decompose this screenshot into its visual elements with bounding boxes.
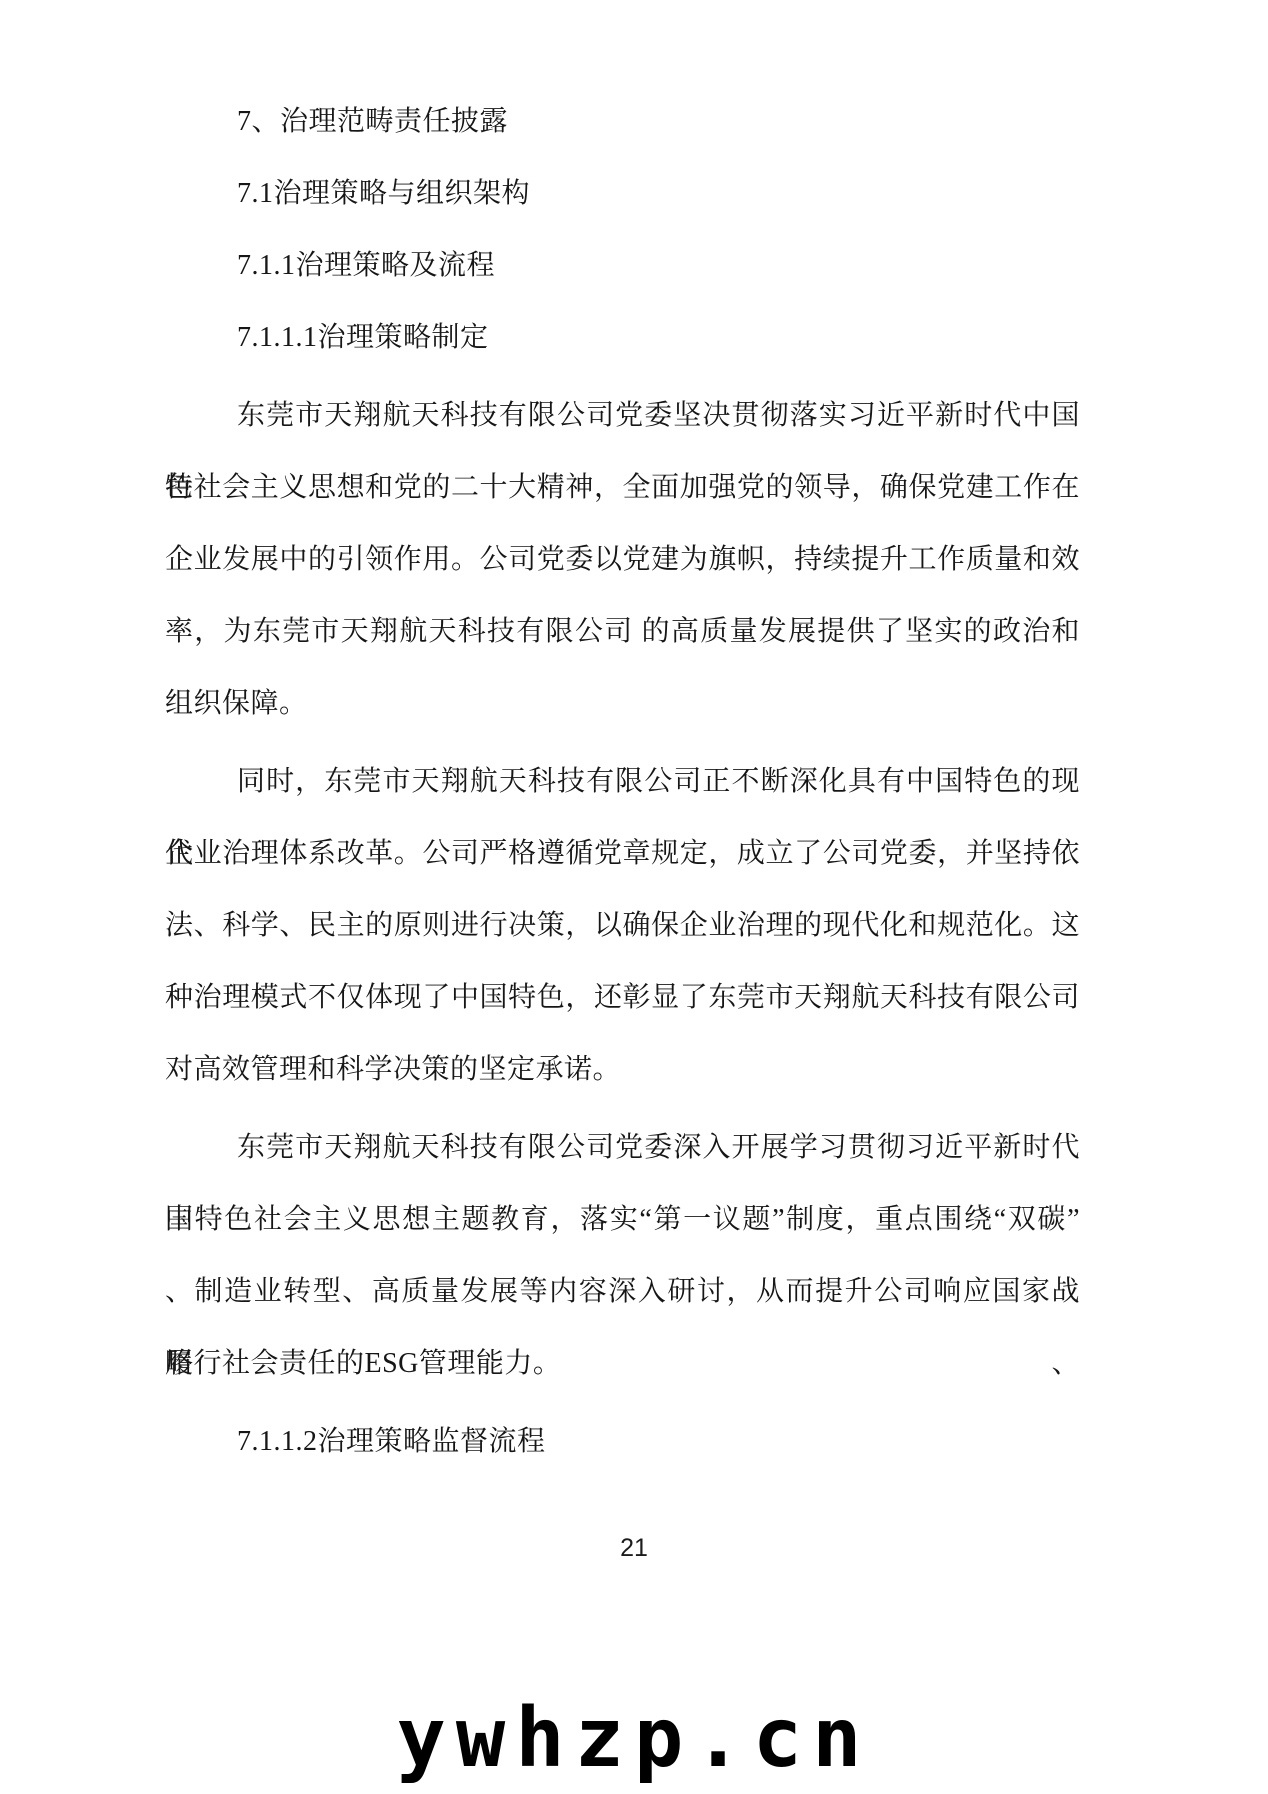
paragraph-line: 企业发展中的引领作用。公司党委以党建为旗帜，持续提升工作质量和效 (165, 524, 1080, 596)
paragraph-line: 种治理模式不仅体现了中国特色，还彰显了东莞市天翔航天科技有限公司 (165, 962, 1080, 1034)
heading-7-1-1: 7.1.1治理策略及流程 (165, 230, 1080, 302)
paragraph-line: 东莞市天翔航天科技有限公司党委深入开展学习贯彻习近平新时代中 (165, 1112, 1080, 1184)
paragraph-line: 对高效管理和科学决策的坚定承诺。 (165, 1034, 1080, 1106)
site-watermark: ywhzp.cn (0, 1694, 1268, 1784)
heading-7-1: 7.1治理策略与组织架构 (165, 158, 1080, 230)
paragraph-2: 同时，东莞市天翔航天科技有限公司正不断深化具有中国特色的现代 企业治理体系改革。… (165, 746, 1080, 1106)
paragraph-line: 东莞市天翔航天科技有限公司党委坚决贯彻落实习近平新时代中国特 (165, 380, 1080, 452)
paragraph-line: 、制造业转型、高质量发展等内容深入研讨，从而提升公司响应国家战略、 (165, 1256, 1080, 1328)
paragraph-line: 同时，东莞市天翔航天科技有限公司正不断深化具有中国特色的现代 (165, 746, 1080, 818)
paragraph-line: 色社会主义思想和党的二十大精神，全面加强党的领导，确保党建工作在 (165, 452, 1080, 524)
paragraph-line: 组织保障。 (165, 668, 1080, 740)
document-body: 7、治理范畴责任披露 7.1治理策略与组织架构 7.1.1治理策略及流程 7.1… (165, 86, 1080, 1478)
heading-7-1-1-1: 7.1.1.1治理策略制定 (165, 302, 1080, 374)
paragraph-3: 东莞市天翔航天科技有限公司党委深入开展学习贯彻习近平新时代中 国特色社会主义思想… (165, 1112, 1080, 1400)
paragraph-line: 国特色社会主义思想主题教育，落实“第一议题”制度，重点围绕“双碳” (165, 1184, 1080, 1256)
page-number: 21 (0, 1533, 1268, 1563)
paragraph-line: 率，为东莞市天翔航天科技有限公司 的高质量发展提供了坚实的政治和 (165, 596, 1080, 668)
document-page: 7、治理范畴责任披露 7.1治理策略与组织架构 7.1.1治理策略及流程 7.1… (0, 0, 1268, 1794)
paragraph-1: 东莞市天翔航天科技有限公司党委坚决贯彻落实习近平新时代中国特 色社会主义思想和党… (165, 380, 1080, 740)
paragraph-line: 法、科学、民主的原则进行决策，以确保企业治理的现代化和规范化。这 (165, 890, 1080, 962)
paragraph-line: 企业治理体系改革。公司严格遵循党章规定，成立了公司党委，并坚持依 (165, 818, 1080, 890)
heading-7: 7、治理范畴责任披露 (165, 86, 1080, 158)
heading-7-1-1-2: 7.1.1.2治理策略监督流程 (165, 1406, 1080, 1478)
